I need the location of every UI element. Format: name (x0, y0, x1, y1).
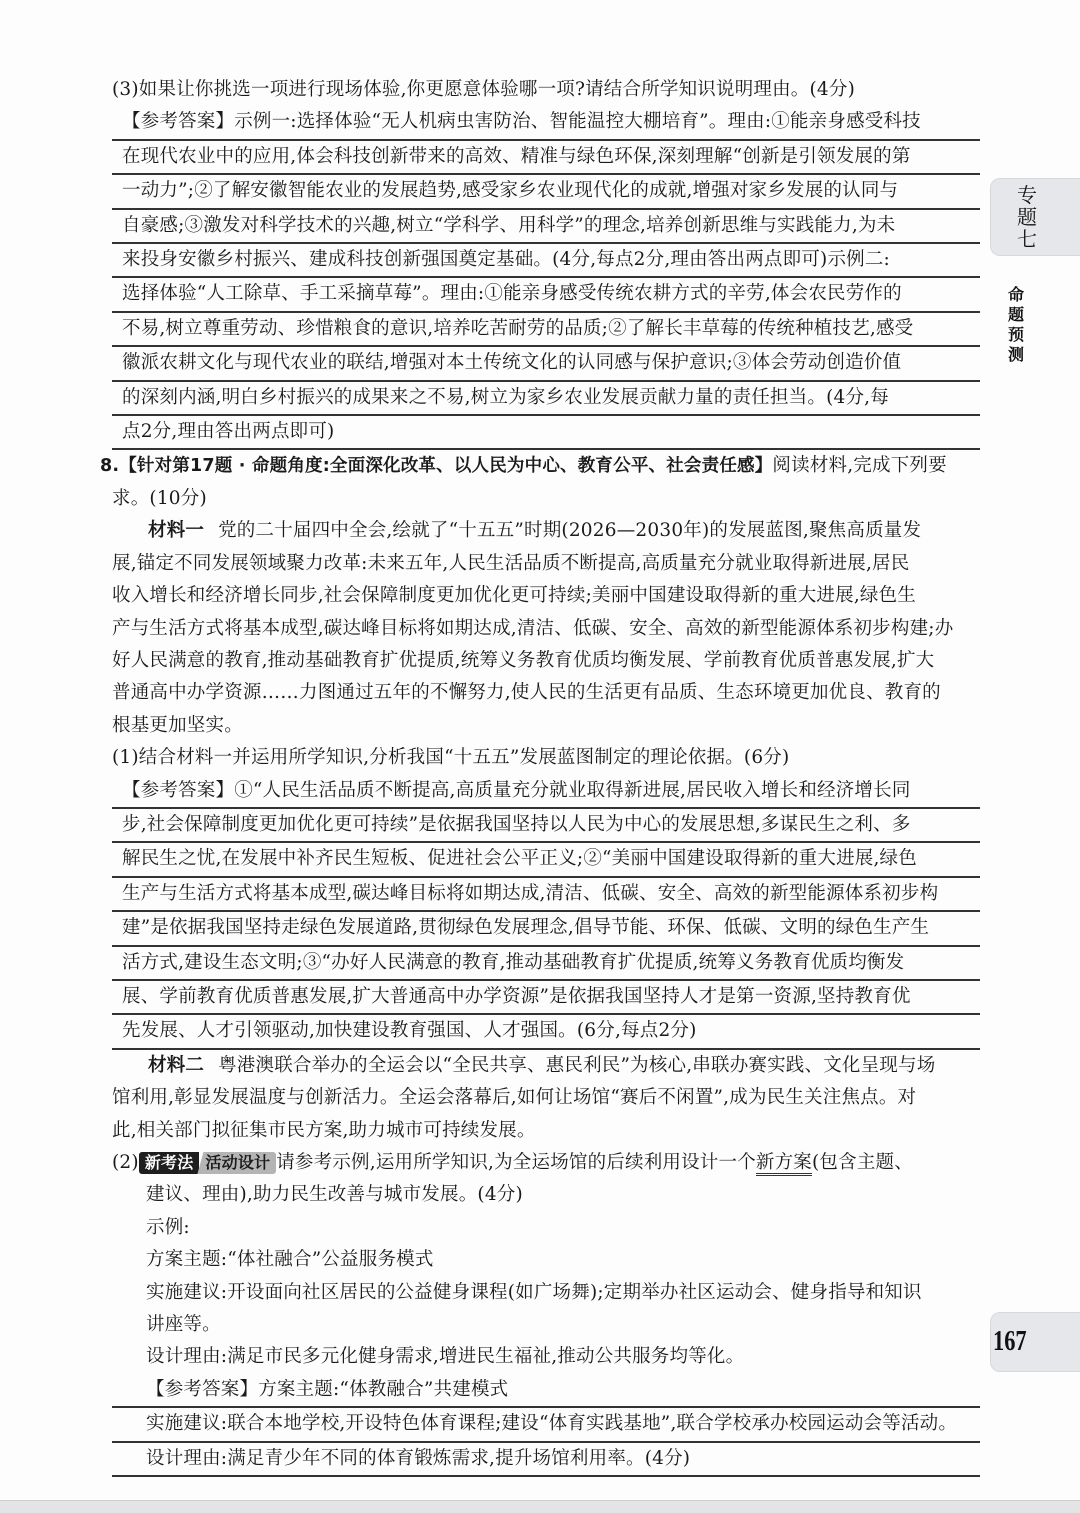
material-line: 根基更加坚实。 (112, 710, 980, 742)
q8-part1-answer: 【参考答案】①“人民生活品质不断提高,高质量充分就业取得新进展,居民收入增长和经… (112, 775, 980, 1050)
section-char: 预 (1008, 325, 1024, 345)
material-line: 普通高中办学资源……力图通过五年的不懈努力,使人民的生活更有品质、生态环境更加优… (112, 677, 980, 709)
q8-angle: 【针对第17题 · 命题角度:全面深化改革、以人民为中心、教育公平、社会责任感】 (119, 456, 772, 476)
answer-line: 点2分,理由答出两点即可) (112, 416, 980, 450)
material-two: 材料二粤港澳联合举办的全运会以“全民共享、惠民利民”为核心,串联办赛实践、文化呈… (112, 1050, 980, 1147)
material-two-label: 材料二 (148, 1055, 204, 1076)
answer-line: 徽派农耕文化与现代农业的联结,增强对本土传统文化的认同感与保护意识;③体会劳动创… (112, 347, 980, 381)
q8-part2-question: (2)新考法活动设计请参考示例,运用所学知识,为全运场馆的后续利用设计一个新方案… (112, 1147, 980, 1179)
answer-line: 设计理由:满足青少年不同的体育锻炼需求,提升场馆利用率。(4分) (112, 1443, 980, 1477)
answer-line: 选择体验“人工除草、手工采摘草莓”。理由:①能亲身感受传统农耕方式的辛劳,体会农… (112, 278, 980, 312)
q7-part3-answer: 【参考答案】示例一:选择体验“无人机病虫害防治、智能温控大棚培育”。理由:①能亲… (112, 106, 980, 450)
bottom-scroll-bar[interactable] (0, 1500, 1080, 1513)
section-char: 命 (1008, 285, 1024, 305)
material-text: 党的二十届四中全会,绘就了“十五五”时期(2026—2030年)的发展蓝图,聚焦… (218, 520, 921, 541)
answer-line: 实施建议:联合本地学校,开设特色体育课程;建设“体育实践基地”,联合学校承办校园… (112, 1408, 980, 1442)
section-char: 题 (1008, 305, 1024, 325)
example-line: 示例: (112, 1212, 980, 1244)
q8-header: 8.【针对第17题 · 命题角度:全面深化改革、以人民为中心、教育公平、社会责任… (100, 450, 980, 482)
emphasized-new-plan: 新方案 (756, 1152, 812, 1176)
section-label: 命 题 预 测 (1008, 285, 1024, 365)
question-text: 请参考示例,运用所学知识,为全运场馆的后续利用设计一个 (276, 1152, 756, 1173)
material-one: 材料一党的二十届四中全会,绘就了“十五五”时期(2026—2030年)的发展蓝图… (112, 515, 980, 742)
answer-line: 解民生之忧,在发展中补齐民生短板、促进社会公平正义;②“美丽中国建设取得新的重大… (112, 843, 980, 877)
material-line: 此,相关部门拟征集市民方案,助力城市可持续发展。 (112, 1115, 980, 1147)
textbook-page: (3)如果让你挑选一项进行现场体验,你更愿意体验哪一项?请结合所学知识说明理由。… (0, 0, 1080, 1500)
answer-line: 活方式,建设生态文明;③“办好人民满意的教育,推动基础教育扩优提质,统筹义务教育… (112, 947, 980, 981)
q7-part3-question: (3)如果让你挑选一项进行现场体验,你更愿意体验哪一项?请结合所学知识说明理由。… (112, 74, 980, 106)
section-char: 测 (1008, 345, 1024, 365)
material-line: 收入增长和经济增长同步,社会保障制度更加优化更可持续;美丽中国建设取得新的重大进… (112, 580, 980, 612)
material-line: 产与生活方式将基本成型,碳达峰目标将如期达成,清洁、低碳、安全、高效的新型能源体… (112, 613, 980, 645)
example-line: 实施建议:开设面向社区居民的公益健身课程(如广场舞);定期举办社区运动会、健身指… (112, 1277, 980, 1309)
answer-line: 不易,树立尊重劳动、珍惜粮食的意识,培养吃苦耐劳的品质;②了解长丰草莓的传统种植… (112, 313, 980, 347)
answer-line: 展、学前教育优质普惠发展,扩大普通高中办学资源”是依据我国坚持人才是第一资源,坚… (112, 981, 980, 1015)
activity-design-badge: 活动设计 (197, 1152, 276, 1174)
example-line: 讲座等。 (112, 1309, 980, 1341)
answer-line: 步,社会保障制度更加优化更可持续”是依据我国坚持以人民为中心的发展思想,多谋民生… (112, 809, 980, 843)
page-number-tab: 167 (990, 1312, 1080, 1372)
material-line: 材料二粤港澳联合举办的全运会以“全民共享、惠民利民”为核心,串联办赛实践、文化呈… (112, 1050, 980, 1082)
material-line: 馆利用,彰显发展温度与创新活力。全运会落幕后,如何让场馆“赛后不闲置”,成为民生… (112, 1082, 980, 1114)
q8-part2-answer: 【参考答案】方案主题:“体教融合”共建模式 实施建议:联合本地学校,开设特色体育… (112, 1374, 980, 1477)
answer-line: 【参考答案】示例一:选择体验“无人机病虫害防治、智能温控大棚培育”。理由:①能亲… (112, 106, 980, 140)
material-one-label: 材料一 (148, 520, 204, 541)
answer-line: 【参考答案】方案主题:“体教融合”共建模式 (112, 1374, 980, 1408)
topic-char: 专 (1017, 184, 1037, 206)
new-exam-method-badge: 新考法 (139, 1152, 200, 1174)
answer-line: 生产与生活方式将基本成型,碳达峰目标将如期达成,清洁、低碳、安全、高效的新型能源… (112, 878, 980, 912)
q8-header-line2: 求。(10分) (112, 483, 980, 515)
page-number: 167 (993, 1326, 1027, 1358)
q8-part2-question-line2: 建议、理由),助力民生改善与城市发展。(4分) (112, 1179, 980, 1211)
q8-number: 8. (100, 456, 119, 476)
answer-line: 自豪感;③激发对科学技术的兴趣,树立“学科学、用科学”的理念,培养创新思维与实践… (112, 210, 980, 244)
q8-part2-example: 示例: 方案主题:“体社融合”公益服务模式 实施建议:开设面向社区居民的公益健身… (112, 1212, 980, 1374)
answer-line: 【参考答案】①“人民生活品质不断提高,高质量充分就业取得新进展,居民收入增长和经… (112, 775, 980, 809)
example-line: 设计理由:满足市民多元化健身需求,增进民生福祉,推动公共服务均等化。 (112, 1341, 980, 1373)
material-line: 展,锚定不同发展领域聚力改革:未来五年,人民生活品质不断提高,高质量充分就业取得… (112, 548, 980, 580)
material-line: 材料一党的二十届四中全会,绘就了“十五五”时期(2026—2030年)的发展蓝图… (112, 515, 980, 547)
topic-char: 七 (1017, 228, 1037, 250)
example-line: 方案主题:“体社融合”公益服务模式 (112, 1244, 980, 1276)
answer-line: 一动力”;②了解安徽智能农业的发展趋势,感受家乡农业现代化的成就,增强对家乡发展… (112, 175, 980, 209)
page-content: (3)如果让你挑选一项进行现场体验,你更愿意体验哪一项?请结合所学知识说明理由。… (112, 74, 980, 1477)
question-text: (包含主题、 (812, 1152, 913, 1173)
material-text: 粤港澳联合举办的全运会以“全民共享、惠民利民”为核心,串联办赛实践、文化呈现与场 (218, 1055, 935, 1076)
answer-line: 在现代农业中的应用,体会科技创新带来的高效、精准与绿色环保,深刻理解“创新是引领… (112, 141, 980, 175)
q8-part1-question: (1)结合材料一并运用所学知识,分析我国“十五五”发展蓝图制定的理论依据。(6分… (112, 742, 980, 774)
answer-line: 先发展、人才引领驱动,加快建设教育强国、人才强国。(6分,每点2分) (112, 1015, 980, 1049)
material-line: 好人民满意的教育,推动基础教育扩优提质,统筹义务教育优质均衡发展、学前教育优质普… (112, 645, 980, 677)
part2-prefix: (2) (112, 1152, 139, 1173)
answer-line: 来投身安徽乡村振兴、建成科技创新强国奠定基础。(4分,每点2分,理由答出两点即可… (112, 244, 980, 278)
q8-instruction: 阅读材料,完成下列要 (772, 455, 946, 476)
topic-char: 题 (1017, 206, 1037, 228)
answer-line: 的深刻内涵,明白乡村振兴的成果来之不易,树立为家乡农业发展贡献力量的责任担当。(… (112, 382, 980, 416)
topic-tab: 专 题 七 (990, 178, 1080, 256)
answer-line: 建”是依据我国坚持走绿色发展道路,贯彻绿色发展理念,倡导节能、环保、低碳、文明的… (112, 912, 980, 946)
